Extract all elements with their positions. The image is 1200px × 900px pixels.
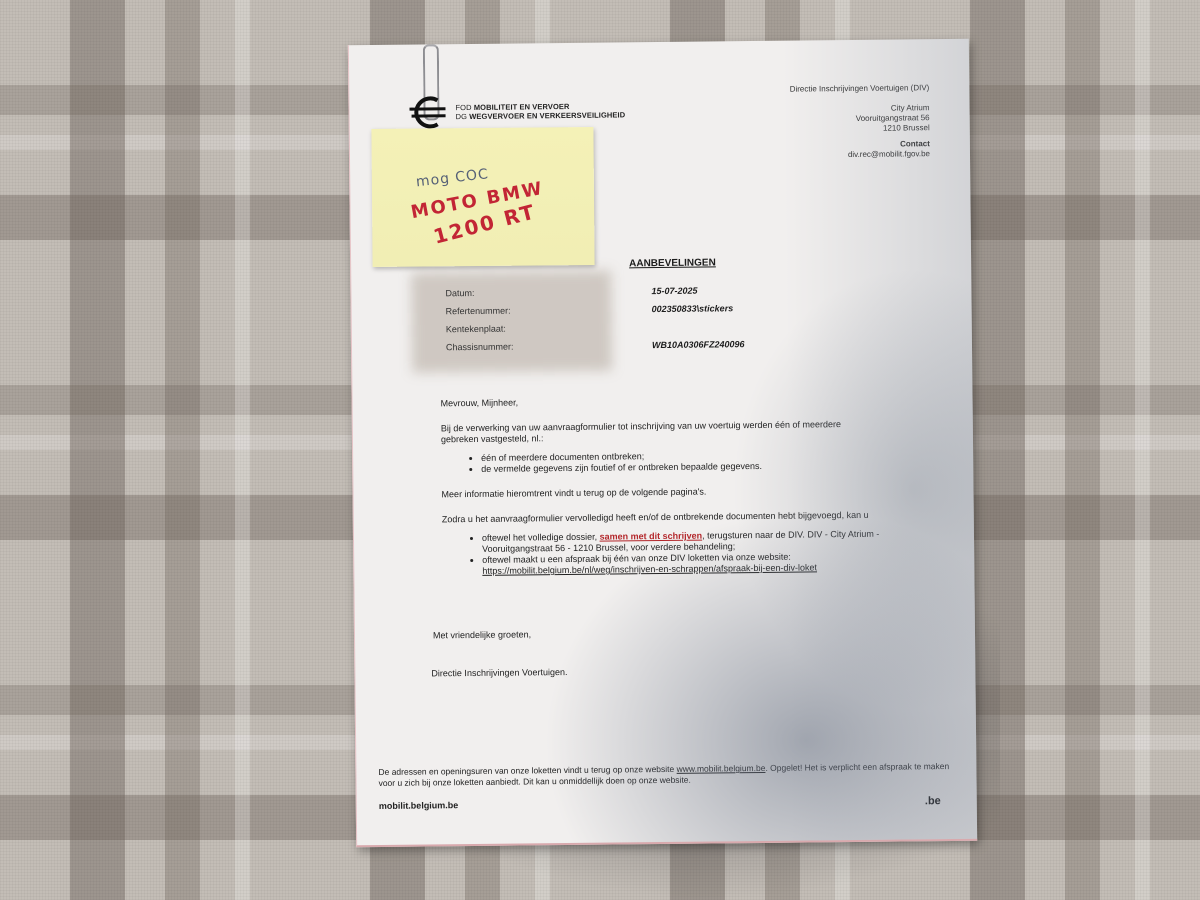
- appointment-link[interactable]: https://mobilit.belgium.be/nl/weg/inschr…: [482, 562, 817, 576]
- contact-email: div.rec@mobilit.fgov.be: [790, 149, 930, 160]
- letterhead-prefix-2: DG: [456, 112, 468, 121]
- highlight-text: samen met dit schrijven: [600, 531, 703, 542]
- field-label: Chassisnummer:: [446, 340, 652, 352]
- sticky-note: mog COC MOTO BMW 1200 RT: [371, 127, 594, 267]
- next-steps-paragraph: Zodra u het aanvraagformulier vervolledi…: [442, 510, 882, 526]
- footer-website-link[interactable]: www.mobilit.belgium.be: [677, 763, 766, 774]
- footer-note: De adressen en openingsuren van onze lok…: [378, 761, 958, 788]
- field-row-chassis: Chassisnummer: WB10A0306FZ240096: [446, 334, 866, 356]
- intro-paragraph: Bij de verwerking van uw aanvraagformuli…: [441, 419, 881, 446]
- document-title: AANBEVELINGEN: [629, 257, 716, 269]
- sticky-note-line-1: mog COC: [415, 166, 489, 190]
- list-item: oftewel maakt u een afspraak bij één van…: [482, 551, 882, 577]
- option1-text: oftewel het volledige dossier,: [482, 532, 600, 543]
- letterhead-prefix-1: FOD: [455, 103, 471, 112]
- address-department: Directie Inschrijvingen Voertuigen (DIV): [790, 83, 930, 94]
- more-info-paragraph: Meer informatie hieromtrent vindt u teru…: [441, 485, 881, 501]
- closing: Met vriendelijke groeten,: [433, 629, 531, 640]
- field-label: Refertenummer:: [446, 304, 652, 316]
- footer-site: mobilit.belgium.be: [379, 800, 459, 811]
- field-value: WB10A0306FZ240096: [652, 339, 745, 350]
- reference-fields: Datum: 15-07-2025 Refertenummer: 0023508…: [445, 280, 866, 356]
- letterhead-line-2: WEGVERVOER EN VERKEERSVEILIGHEID: [469, 110, 625, 121]
- be-logo-icon: .be: [925, 795, 941, 807]
- field-label: Kentekenplaat:: [446, 322, 652, 334]
- belgian-federal-logo-icon: [409, 92, 449, 132]
- sender-address: Directie Inschrijvingen Voertuigen (DIV)…: [790, 83, 930, 160]
- letter-body: Mevrouw, Mijnheer, Bij de verwerking van…: [441, 394, 883, 592]
- options-list: oftewel het volledige dossier, samen met…: [442, 529, 882, 578]
- salutation: Mevrouw, Mijnheer,: [441, 394, 881, 410]
- defects-list: één of meerdere documenten ontbreken; de…: [441, 449, 881, 476]
- contact-label: Contact: [900, 139, 930, 148]
- field-value: 15-07-2025: [651, 286, 697, 296]
- field-value: 002350833\stickers: [652, 303, 734, 314]
- field-label: Datum:: [445, 286, 651, 298]
- signature: Directie Inschrijvingen Voertuigen.: [431, 667, 567, 678]
